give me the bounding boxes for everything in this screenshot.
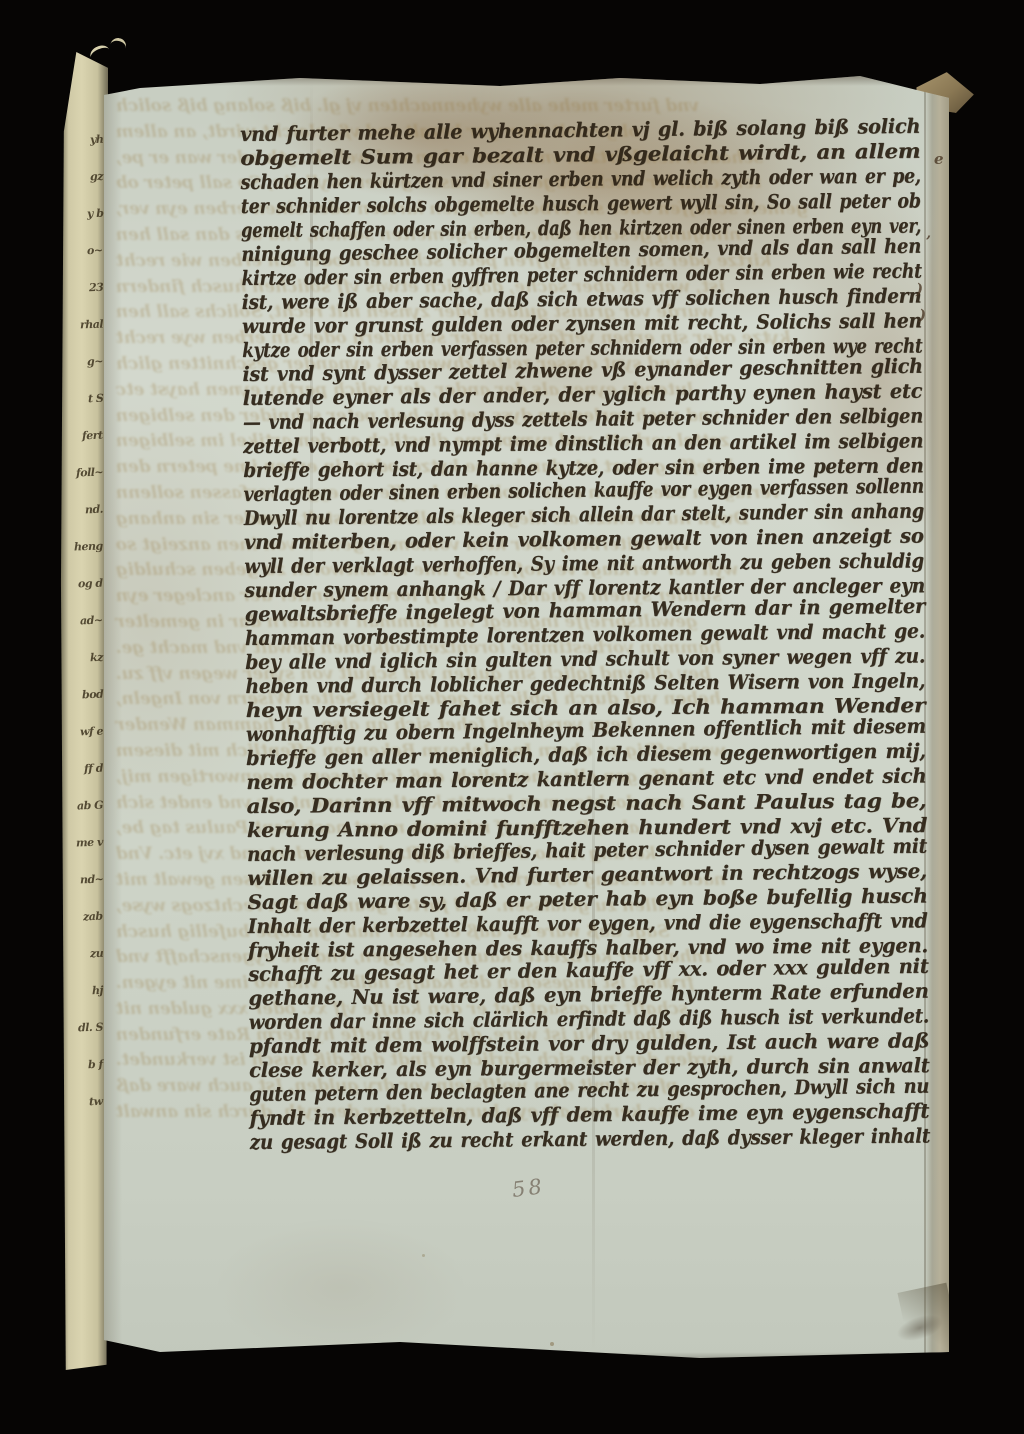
spine-text-fragment: gz: [90, 171, 103, 182]
spine-text-fragment: dl. S: [78, 1022, 103, 1034]
spine-text-fragment: ff d: [84, 763, 103, 775]
spine-text-fragment: 23: [88, 282, 103, 293]
spine-text-fragment: wf e: [80, 726, 103, 738]
binding-thread: [88, 43, 112, 65]
spine-text-fragment: foll~: [76, 467, 104, 479]
right-page-edge-strip: [925, 70, 949, 1365]
binding-thread: [108, 36, 128, 56]
book-spine-page-edges: yhgzy bo~23rhalg~t Sfertfoll~nd.hengog d…: [60, 52, 108, 1378]
manuscript-photo: yhgzy bo~23rhalg~t Sfertfoll~nd.hengog d…: [0, 0, 1024, 1434]
spine-text-fragment: me v: [76, 837, 103, 849]
handwritten-line: zu gesagt Soll iß zu recht erkant werden…: [250, 1123, 930, 1154]
manuscript-page: vnd furter mehe alle wyhennachten vj gl.…: [104, 70, 949, 1365]
spine-text-fragment: fert: [82, 430, 103, 442]
folio-number: 58: [511, 1174, 546, 1202]
ink-mark-page-edge: ): [919, 306, 926, 324]
ink-mark-page-edge: e: [934, 150, 944, 168]
spine-text-fragment: o~: [87, 245, 103, 257]
spine-text-fragment: b f: [88, 1059, 103, 1071]
spine-text-fragment: zu: [90, 948, 104, 959]
spine-text-fragment: yh: [89, 134, 103, 145]
spine-text-fragment: ad~: [80, 615, 103, 627]
ink-speck: [422, 1254, 425, 1257]
spine-text-fragment: tw: [89, 1096, 103, 1107]
spine-text-fragment: y b: [86, 208, 103, 220]
spine-text-fragment: nd.: [85, 504, 103, 516]
spine-text-fragment: g~: [87, 356, 103, 368]
spine-text-fragment: bod: [82, 689, 104, 701]
corner-wrinkle: [867, 1283, 971, 1368]
ink-mark-page-edge: ‚: [926, 224, 931, 242]
spine-text-fragment: nd~: [79, 874, 103, 886]
ink-speck: [550, 1342, 554, 1346]
spine-text-fragment: heng: [74, 541, 103, 553]
spine-text-fragment: kz: [90, 652, 103, 663]
handwritten-text-block: vnd furter mehe alle wyhennachten vj gl.…: [240, 115, 930, 1153]
ink-mark-page-edge: ): [916, 280, 923, 298]
spine-text-fragment: og d: [78, 578, 103, 590]
spine-text-fragment: ab G: [77, 800, 103, 812]
spine-text-fragment: rhal: [80, 319, 103, 331]
spine-text-fragment: zab: [83, 911, 103, 923]
spine-text-fragment: t S: [87, 393, 103, 405]
spine-text-fragment: hj: [92, 985, 103, 996]
